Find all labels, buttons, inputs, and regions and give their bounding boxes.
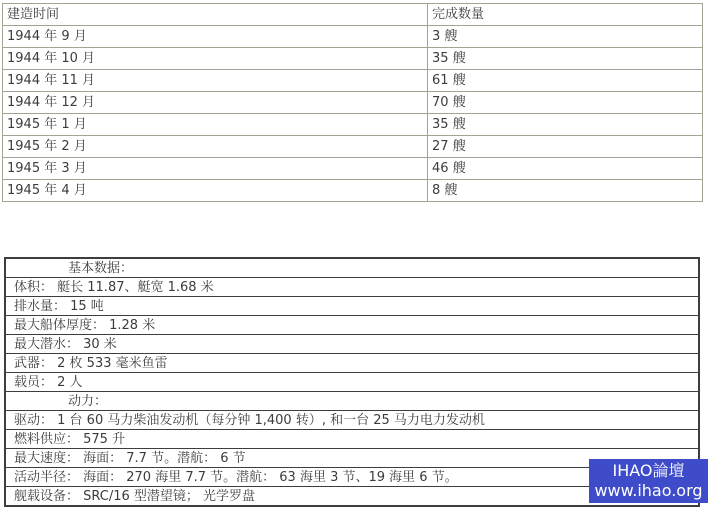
spec-row-crew: 载员： 2 人: [5, 373, 699, 392]
cell-completed-count: 61 艘: [428, 70, 703, 92]
spec-row-fuel: 燃料供应： 575 升: [5, 430, 699, 449]
watermark-forum-name: IHAO論壇: [612, 461, 684, 481]
spec-cell: 最大潜水： 30 米: [5, 335, 699, 354]
spec-cell: 动力：: [5, 392, 699, 411]
spec-row-basic-data-heading: 基本数据：: [5, 258, 699, 278]
cell-completed-count: 3 艘: [428, 26, 703, 48]
watermark-url: www.ihao.org: [594, 481, 702, 501]
spec-row-max-depth: 最大潜水： 30 米: [5, 335, 699, 354]
table-row: 1945 年 2 月 27 艘: [3, 136, 703, 158]
spec-row-power-heading: 动力：: [5, 392, 699, 411]
cell-build-time: 1945 年 2 月: [3, 136, 428, 158]
table-row: 1945 年 3 月 46 艘: [3, 158, 703, 180]
ihao-watermark-badge: IHAO論壇 www.ihao.org: [589, 459, 708, 503]
spec-cell: 燃料供应： 575 升: [5, 430, 699, 449]
spec-row-displacement: 排水量： 15 吨: [5, 297, 699, 316]
spec-row-drive: 驱动： 1 台 60 马力柴油发动机（每分钟 1,400 转）, 和一台 25 …: [5, 411, 699, 430]
table-row: 1944 年 12 月 70 艘: [3, 92, 703, 114]
cell-completed-count: 70 艘: [428, 92, 703, 114]
column-header-completed-count: 完成数量: [428, 4, 703, 26]
spec-cell: 体积： 艇长 11.87、艇宽 1.68 米: [5, 278, 699, 297]
column-header-build-time: 建造时间: [3, 4, 428, 26]
cell-completed-count: 46 艘: [428, 158, 703, 180]
cell-build-time: 1945 年 3 月: [3, 158, 428, 180]
document-page: 建造时间 完成数量 1944 年 9 月 3 艘 1944 年 10 月 35 …: [0, 0, 708, 511]
spec-cell: 基本数据：: [5, 258, 699, 278]
spec-cell: 载员： 2 人: [5, 373, 699, 392]
cell-build-time: 1945 年 1 月: [3, 114, 428, 136]
spec-row-dimensions: 体积： 艇长 11.87、艇宽 1.68 米: [5, 278, 699, 297]
cell-build-time: 1944 年 12 月: [3, 92, 428, 114]
table-row: 1945 年 1 月 35 艘: [3, 114, 703, 136]
cell-build-time: 1944 年 11 月: [3, 70, 428, 92]
construction-table: 建造时间 完成数量 1944 年 9 月 3 艘 1944 年 10 月 35 …: [2, 3, 703, 202]
spec-row-weapons: 武器： 2 枚 533 毫米鱼雷: [5, 354, 699, 373]
table-row: 1944 年 9 月 3 艘: [3, 26, 703, 48]
spec-cell: 驱动： 1 台 60 马力柴油发动机（每分钟 1,400 转）, 和一台 25 …: [5, 411, 699, 430]
spec-cell: 排水量： 15 吨: [5, 297, 699, 316]
spec-cell: 武器： 2 枚 533 毫米鱼雷: [5, 354, 699, 373]
cell-build-time: 1945 年 4 月: [3, 180, 428, 202]
table-row: 1945 年 4 月 8 艘: [3, 180, 703, 202]
cell-completed-count: 8 艘: [428, 180, 703, 202]
spec-cell: 最大船体厚度： 1.28 米: [5, 316, 699, 335]
spec-row-hull-thickness: 最大船体厚度： 1.28 米: [5, 316, 699, 335]
table-header-row: 建造时间 完成数量: [3, 4, 703, 26]
table-row: 1944 年 10 月 35 艘: [3, 48, 703, 70]
cell-build-time: 1944 年 9 月: [3, 26, 428, 48]
cell-build-time: 1944 年 10 月: [3, 48, 428, 70]
cell-completed-count: 35 艘: [428, 114, 703, 136]
table-row: 1944 年 11 月 61 艘: [3, 70, 703, 92]
cell-completed-count: 35 艘: [428, 48, 703, 70]
cell-completed-count: 27 艘: [428, 136, 703, 158]
